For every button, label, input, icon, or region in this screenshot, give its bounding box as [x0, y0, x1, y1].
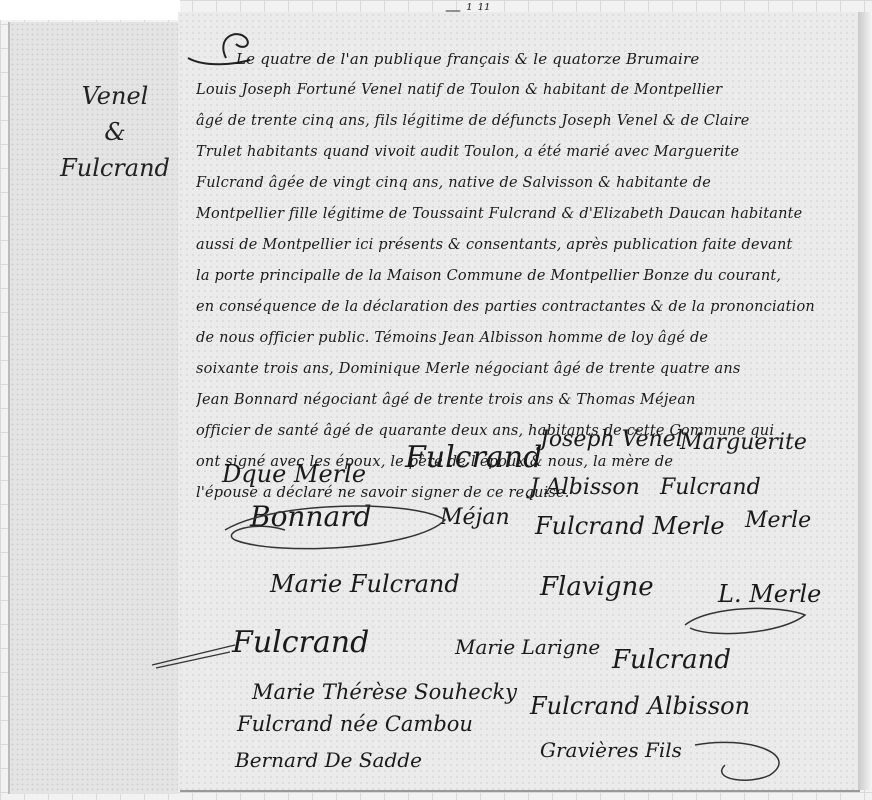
signature: Fulcrand: [405, 440, 542, 475]
top-margin: [0, 0, 180, 20]
signature: Fulcrand Merle: [535, 512, 725, 540]
signature-flourish-icon: [150, 640, 240, 670]
body-line: Louis Joseph Fortuné Venel natif de Toul…: [196, 75, 846, 106]
signature: Fulcrand: [660, 475, 761, 500]
margin-name-venel: Venel: [60, 78, 170, 114]
signature: Flavigne: [540, 572, 654, 602]
margin-name-fulcrand: Fulcrand: [60, 150, 170, 186]
signature: Marie Larigne: [455, 635, 600, 659]
body-line: Jean Bonnard négociant âgé de trente tro…: [196, 385, 846, 416]
signature-flourish-icon: [690, 735, 800, 785]
signature: Fulcrand née Cambou: [237, 712, 473, 736]
signature: Marie Thérèse Souhecky: [252, 680, 517, 704]
body-line: âgé de trente cinq ans, fils légitime de…: [196, 106, 846, 137]
signature: Bernard De Sadde: [235, 748, 422, 772]
signature: Merle: [745, 508, 811, 533]
body-line: soixante trois ans, Dominique Merle négo…: [196, 354, 846, 385]
body-line: Trulet habitants quand vivoit audit Toul…: [196, 137, 846, 168]
body-line: la porte principalle de la Maison Commun…: [196, 261, 846, 292]
signature: Fulcrand Albisson: [530, 692, 750, 720]
header-mark: — ¹ ¹¹: [445, 0, 490, 19]
signature-flourish-icon: [215, 490, 475, 560]
signature-flourish-icon: [680, 600, 810, 640]
margin-annotation: Venel & Fulcrand: [60, 78, 170, 186]
body-line: aussi de Montpellier ici présents & cons…: [196, 230, 846, 261]
signature: Dque Merle: [222, 460, 366, 488]
body-line: Montpellier fille légitime de Toussaint …: [196, 199, 846, 230]
signature: Marie Fulcrand: [270, 570, 460, 598]
signature: Joseph Venel: [540, 427, 683, 452]
signature: J Albisson: [530, 475, 640, 500]
signature: Marguerite: [680, 430, 807, 455]
body-line: en conséquence de la déclaration des par…: [196, 292, 846, 323]
signature: Gravières Fils: [540, 738, 682, 762]
margin-ampersand: &: [60, 114, 170, 150]
body-line: Le quatre de l'an publique français & le…: [196, 44, 846, 75]
body-line: Fulcrand âgée de vingt cinq ans, native …: [196, 168, 846, 199]
signature: Fulcrand: [612, 645, 731, 675]
body-line: de nous officier public. Témoins Jean Al…: [196, 323, 846, 354]
signature: Fulcrand: [232, 625, 369, 660]
page-edge: [858, 12, 872, 790]
